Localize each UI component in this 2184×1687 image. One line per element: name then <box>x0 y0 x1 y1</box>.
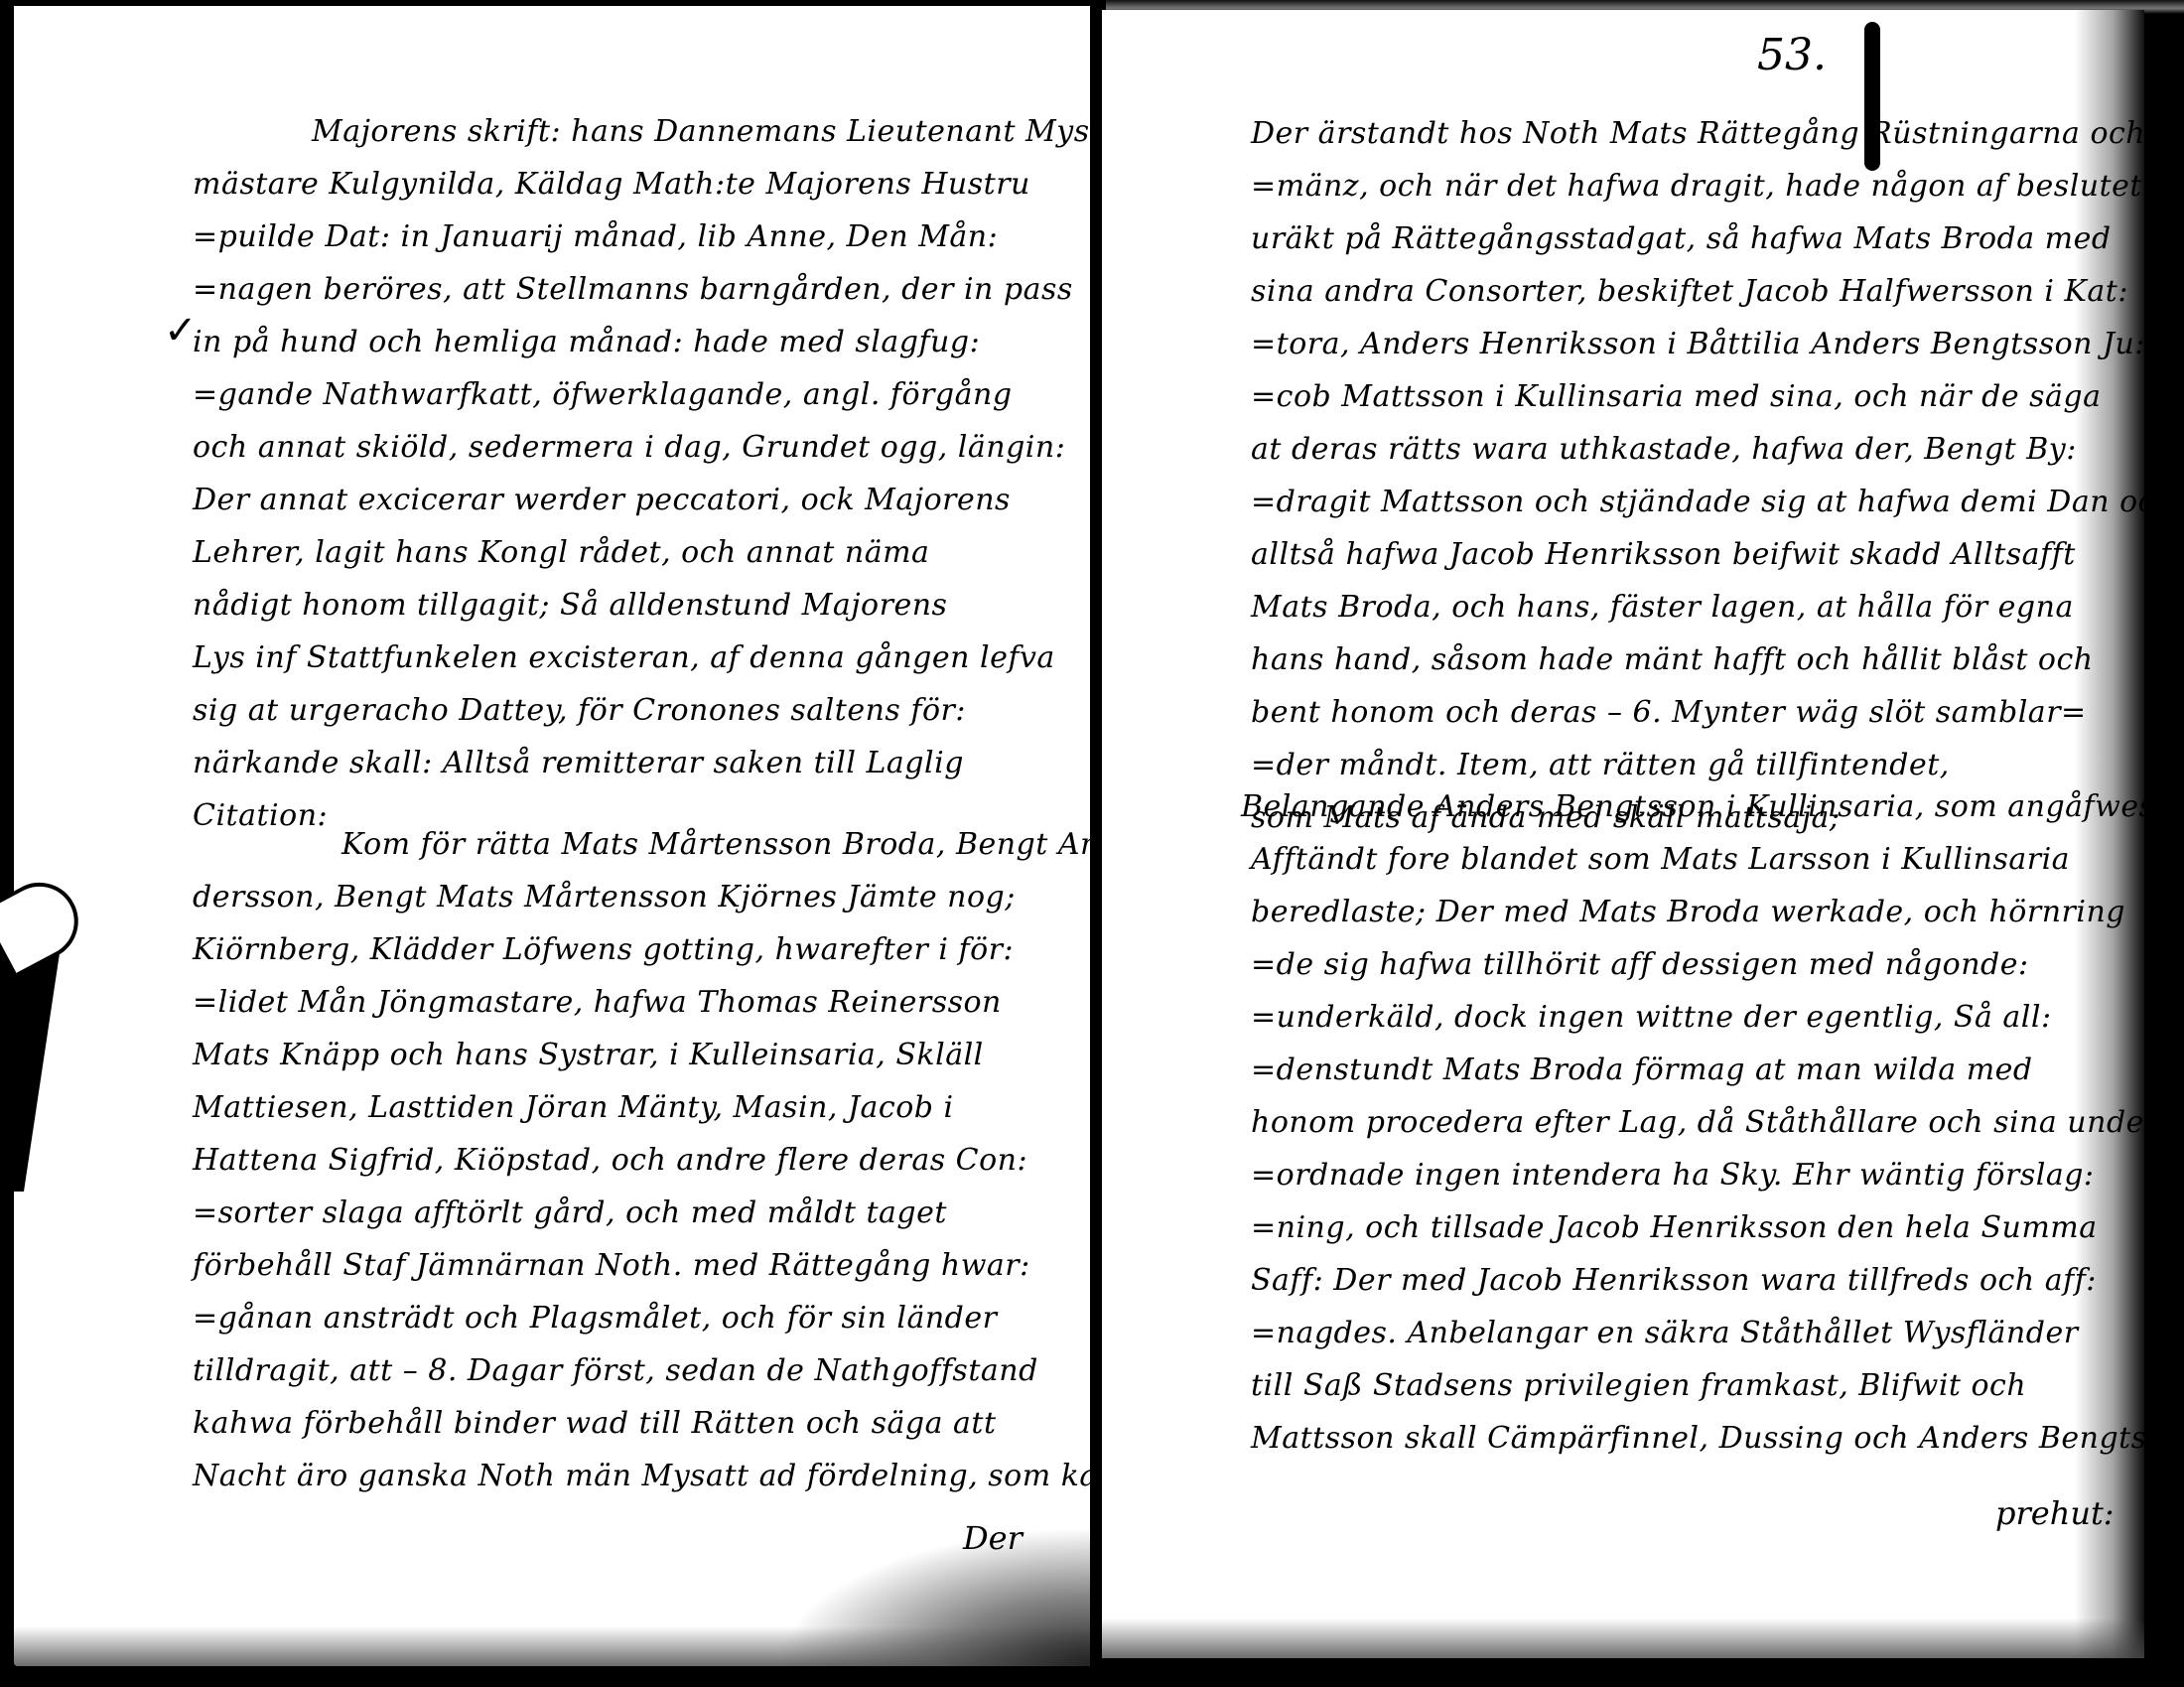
manuscript-line: Belangande Anders Bengtsson i Kullinsari… <box>1241 792 2144 822</box>
manuscript-line: och annat skiöld, sedermera i dag, Grund… <box>193 433 1065 463</box>
manuscript-line: Mats Knäpp och hans Systrar, i Kulleinsa… <box>193 1041 984 1070</box>
manuscript-line: =ning, och tillsade Jacob Henriksson den… <box>1251 1213 2098 1243</box>
manuscript-line: =ordnade ingen intendera ha Sky. Ehr wän… <box>1251 1161 2095 1191</box>
manuscript-line: Mattiesen, Lasttiden Jöran Mänty, Masin,… <box>193 1093 954 1123</box>
manuscript-line: hans hand, såsom hade mänt hafft och hål… <box>1251 645 2094 675</box>
manuscript-line: Kom för rätta Mats Mårtensson Broda, Ben… <box>341 830 1094 860</box>
manuscript-line: =gånan ansträdt och Plagsmålet, och för … <box>193 1304 997 1334</box>
manuscript-line: Nacht äro ganska Noth män Mysatt ad förd… <box>193 1462 1094 1491</box>
manuscript-line: förbehåll Staf Jämnärnan Noth. med Rätte… <box>193 1251 1030 1281</box>
manuscript-line: bent honom och deras – 6. Mynter wäg slö… <box>1251 698 2087 728</box>
manuscript-line: =cob Mattsson i Kullinsaria med sina, oc… <box>1251 382 2102 412</box>
manuscript-line: =puilde Dat: in Januarij månad, lib Anne… <box>193 222 998 252</box>
manuscript-line: Lehrer, lagit hans Kongl rådet, och anna… <box>193 538 929 568</box>
manuscript-line: beredlaste; Der med Mats Broda werkade, … <box>1251 898 2125 927</box>
manuscript-line: till Saß Stadsens privilegien framkast, … <box>1251 1371 2026 1401</box>
manuscript-line: =dragit Mattsson och stjändade sig at ha… <box>1251 488 2144 517</box>
manuscript-line: =sorter slaga afftörlt gård, och med mål… <box>193 1198 947 1228</box>
manuscript-line: =gande Nathwarfkatt, öfwerklagande, angl… <box>193 380 1013 410</box>
left-page: Majorens skrift: hans Dannemans Lieutena… <box>14 6 1094 1666</box>
right-page: Der ärstandt hos Noth Mats Rättegång Rüs… <box>1102 10 2144 1658</box>
manuscript-line: in på hund och hemliga månad: hade med s… <box>193 328 980 357</box>
manuscript-line: =lidet Mån Jöngmastare, hafwa Thomas Rei… <box>193 988 1002 1018</box>
manuscript-line: Mattsson skall Cämpärfinnel, Dussing och… <box>1251 1424 2144 1454</box>
manuscript-line: at deras rätts wara uthkastade, hafwa de… <box>1251 435 2077 465</box>
manuscript-line: =der måndt. Item, att rätten gå tillfint… <box>1251 751 1950 780</box>
ink-bleed-mark <box>1864 22 1880 171</box>
manuscript-line: =de sig hafwa tillhörit aff dessigen med… <box>1251 950 2029 980</box>
manuscript-line: uräkt på Rättegångsstadgat, så hafwa Mat… <box>1251 224 2112 254</box>
check-mark-icon: ✓ <box>164 308 198 353</box>
scanned-spread: Majorens skrift: hans Dannemans Lieutena… <box>0 0 2184 1687</box>
manuscript-line: Kiörnberg, Klädder Löfwens gotting, hwar… <box>193 935 1014 965</box>
manuscript-line: Der ärstandt hos Noth Mats Rättegång Rüs… <box>1251 119 2144 149</box>
manuscript-line: =nagen beröres, att Stellmanns barngårde… <box>193 275 1073 305</box>
manuscript-line: honom procedera efter Lag, då Ståthållar… <box>1251 1108 2144 1138</box>
manuscript-line: sina andra Consorter, beskiftet Jacob Ha… <box>1251 277 2128 307</box>
manuscript-line: Hattena Sigfrid, Kiöpstad, och andre fle… <box>193 1146 1027 1176</box>
page-corner-shadow <box>776 1527 1094 1666</box>
left-catchword: Der <box>963 1519 1023 1557</box>
manuscript-line: =tora, Anders Henriksson i Båttilia Ande… <box>1251 330 2144 359</box>
page-edge-shadow <box>1102 1618 2144 1658</box>
manuscript-line: närkande skall: Alltså remitterar saken … <box>193 749 964 778</box>
manuscript-line: Lys inf Stattfunkelen excisteran, af den… <box>193 643 1055 673</box>
manuscript-line: =denstundt Mats Broda förmag at man wild… <box>1251 1055 2033 1085</box>
manuscript-line: tilldragit, att – 8. Dagar först, sedan … <box>193 1356 1038 1386</box>
page-number: 53. <box>1757 30 1827 80</box>
manuscript-line: =mänz, och när det hafwa dragit, hade nå… <box>1251 172 2142 202</box>
manuscript-line: Saff: Der med Jacob Henriksson wara till… <box>1251 1266 2097 1296</box>
manuscript-line: Majorens skrift: hans Dannemans Lieutena… <box>312 117 1094 147</box>
manuscript-line: Afftändt fore blandet som Mats Larsson i… <box>1251 845 2070 875</box>
manuscript-line: nådigt honom tillgagit; Så alldenstund M… <box>193 591 947 621</box>
manuscript-line: Der annat excicerar werder peccatori, oc… <box>193 486 1011 515</box>
manuscript-line: =underkäld, dock ingen wittne der egentl… <box>1251 1003 2052 1033</box>
right-catchword: prehut: <box>1995 1494 2115 1532</box>
manuscript-line: =nagdes. Anbelangar en säkra Ståthållet … <box>1251 1319 2079 1348</box>
manuscript-line: alltså hafwa Jacob Henriksson beifwit sk… <box>1251 540 2076 570</box>
manuscript-line: dersson, Bengt Mats Mårtensson Kjörnes J… <box>193 883 1016 913</box>
page-edge-shadow <box>2075 10 2144 1658</box>
manuscript-line: Citation: <box>193 801 328 831</box>
manuscript-line: sig at urgeracho Dattey, för Cronones sa… <box>193 696 966 726</box>
manuscript-line: mästare Kulgynilda, Käldag Math:te Major… <box>193 170 1030 200</box>
manuscript-line: kahwa förbehåll binder wad till Rätten o… <box>193 1409 997 1439</box>
manuscript-line: Mats Broda, och hans, fäster lagen, at h… <box>1251 593 2074 623</box>
